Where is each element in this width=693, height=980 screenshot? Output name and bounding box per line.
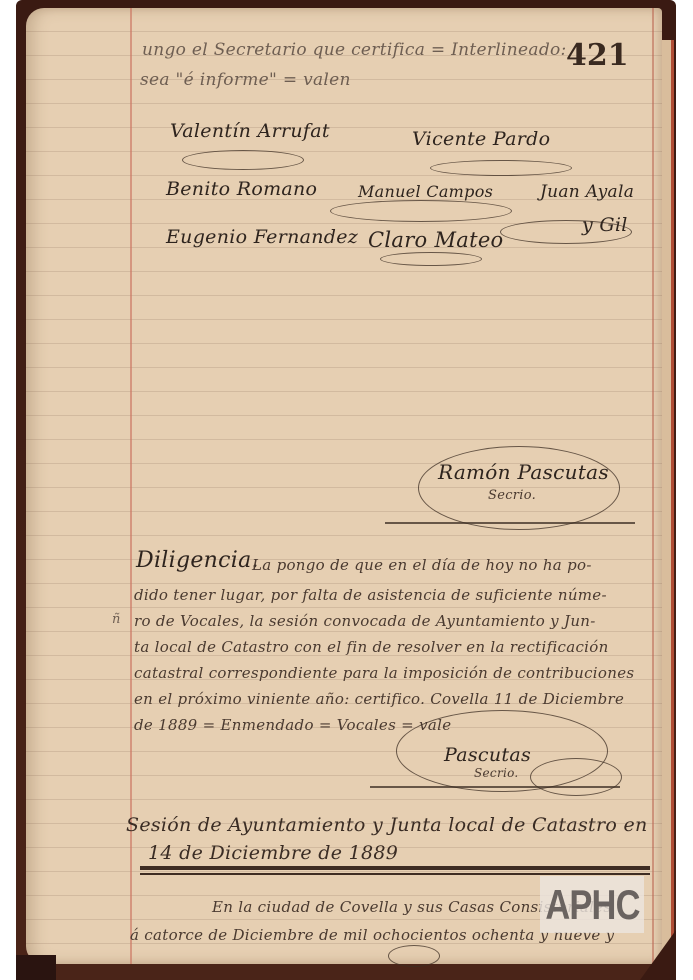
rubric-loop [388,945,440,967]
rubric-loop [530,758,622,796]
session-heading-line-2: 14 de Diciembre de 1889 [148,842,398,864]
diligencia-line-2: dido tener lugar, por falta de asistenci… [134,586,607,604]
signature-eugenio-fernandez: Eugenio Fernandez [166,226,358,248]
secretary-name: Ramón Pascutas [438,460,609,484]
signature-manuel-campos: Manuel Campos [358,182,493,201]
secretary-name: Pascutas [444,744,531,766]
continuation-line-2: sea "é informe" = valen [140,70,351,90]
signature-juan-ayala: Juan Ayala [540,182,634,202]
secretary-title: Secrio. [488,488,536,503]
diligencia-line-6: en el próximo viniente año: certifico. C… [134,690,624,708]
signature-flourish [380,252,482,266]
signature-claro-mateo: Claro Mateo [368,228,504,252]
signature-flourish [182,150,304,170]
heading-rule-thin [140,873,650,875]
heading-rule-thick [140,866,650,870]
continuation-line-1: ungo el Secretario que certifica = Inter… [142,40,567,60]
signature-flourish [500,220,632,244]
signature-flourish [430,160,572,176]
signature-valentin: Valentín Arrufat [170,120,330,142]
margin-note: ñ [112,612,121,627]
diligencia-heading: Diligencia. [136,548,259,573]
page-number: 421 [566,38,629,73]
diligencia-line-5: catastral correspondiente para la imposi… [134,664,634,682]
signature-flourish [330,200,512,222]
rubric-underline [385,522,635,524]
diligencia-line-7: de 1889 = Enmendado = Vocales = vale [134,716,451,734]
secretary-title: Secrio. [474,766,519,780]
diligencia-line-4: ta local de Catastro con el fin de resol… [134,638,609,656]
diligencia-line-1: La pongo de que en el día de hoy no ha p… [252,556,592,574]
signature-benito-romano: Benito Romano [166,178,317,200]
right-margin-rule [652,8,654,964]
signature-vicente-pardo: Vicente Pardo [412,128,550,150]
archive-watermark: APHC [540,876,644,933]
rubric-underline [370,786,620,788]
binding-corner [16,955,56,980]
watermark-text: APHC [545,881,639,929]
session-heading-line-1: Sesión de Ayuntamiento y Junta local de … [126,814,648,836]
diligencia-line-3: ro de Vocales, la sesión convocada de Ay… [134,612,596,630]
